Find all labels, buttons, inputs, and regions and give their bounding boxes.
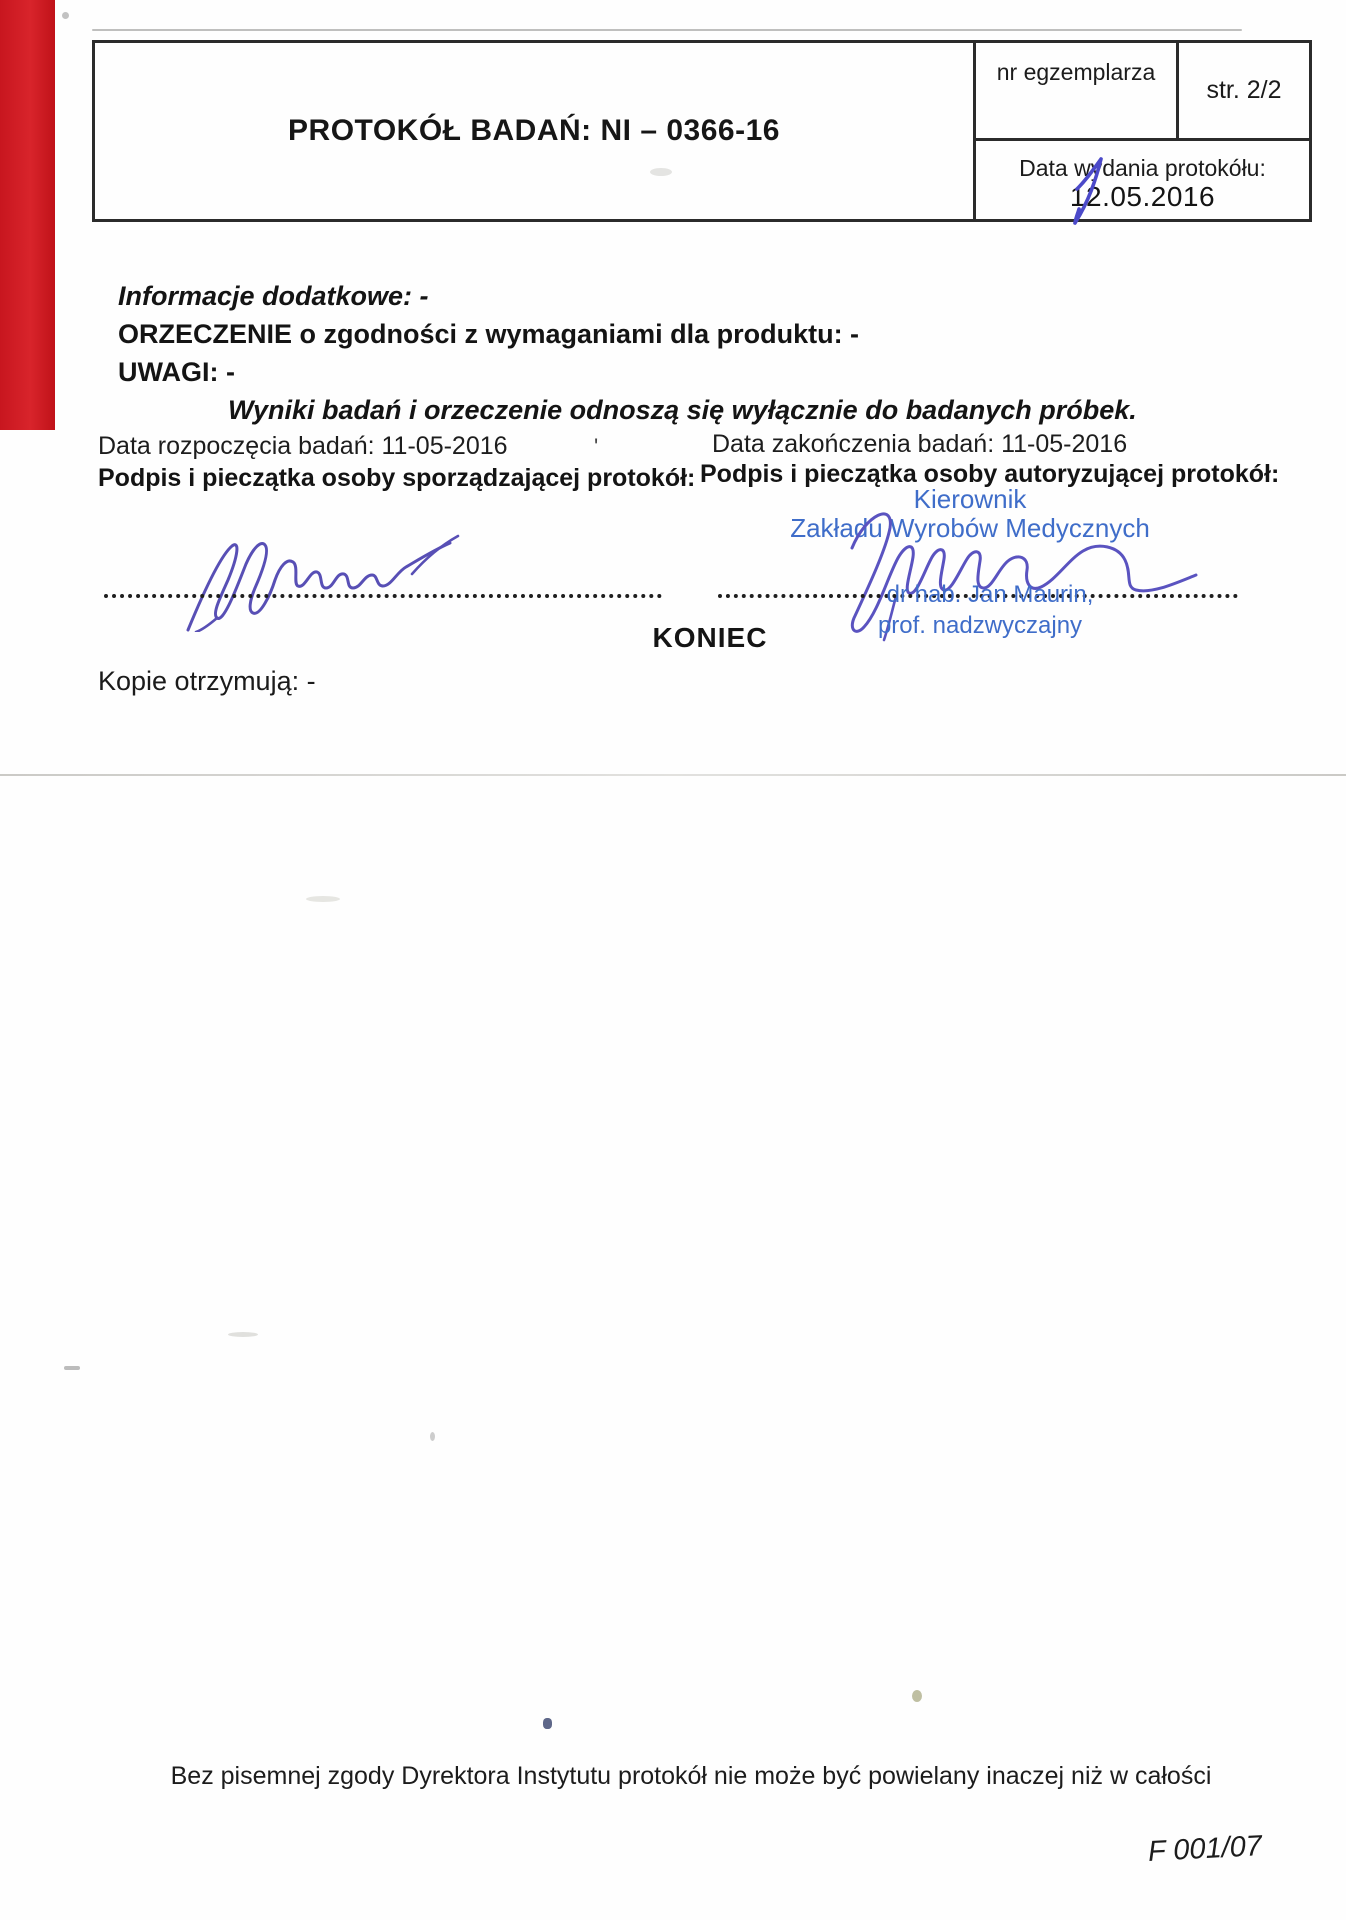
authorizer-title: prof. nadzwyczajny xyxy=(820,612,1140,640)
verdict-line: ORZECZENIE o zgodności z wymaganiami dla… xyxy=(118,319,859,350)
paper-fold-line xyxy=(0,774,1346,776)
end-marker: KONIEC xyxy=(610,622,810,654)
handwritten-copy-number xyxy=(1043,151,1133,231)
scan-speck xyxy=(912,1690,922,1702)
scan-speck xyxy=(430,1432,435,1441)
preparer-dotted-line xyxy=(104,590,662,598)
scan-speck xyxy=(62,12,69,19)
page-number-label: str. 2/2 xyxy=(1206,76,1281,105)
authorizer-name: dr hab. Jan Maurin, xyxy=(830,581,1150,609)
scan-artifact-line xyxy=(92,29,1242,31)
header-table: PROTOKÓŁ BADAŃ: NI – 0366-16 nr egzempla… xyxy=(92,40,1312,222)
disclaimer-line: Wyniki badań i orzeczenie odnoszą się wy… xyxy=(228,395,1137,426)
scan-speck xyxy=(228,1332,258,1337)
scanned-document-page: PROTOKÓŁ BADAŃ: NI – 0366-16 nr egzempla… xyxy=(0,0,1346,1920)
scan-tick-mark: ' xyxy=(594,434,598,460)
scan-speck xyxy=(306,896,340,902)
copy-number-label: nr egzemplarza xyxy=(997,59,1156,85)
title-cell: PROTOKÓŁ BADAŃ: NI – 0366-16 xyxy=(95,43,973,219)
copies-line: Kopie otrzymują: - xyxy=(98,666,316,697)
footer-copy-restriction-note: Bez pisemnej zgody Dyrektora Instytutu p… xyxy=(36,1762,1346,1791)
scan-speck xyxy=(64,1366,80,1370)
copy-number-cell: nr egzemplarza xyxy=(976,43,1176,138)
preparer-signature-label: Podpis i pieczątka osoby sporządzającej … xyxy=(98,464,695,493)
end-date: Data zakończenia badań: 11-05-2016 xyxy=(712,430,1127,459)
issue-date-value: 12.05.2016 xyxy=(976,181,1309,213)
form-number: F 001/07 xyxy=(1147,1830,1263,1869)
issue-date-label: Data wydania protokółu: xyxy=(976,155,1309,181)
issue-date-cell: Data wydania protokółu: 12.05.2016 xyxy=(976,141,1309,219)
page-number-cell: str. 2/2 xyxy=(1179,43,1309,138)
scan-speck xyxy=(650,168,672,176)
remarks-line: UWAGI: - xyxy=(118,357,235,388)
start-date: Data rozpoczęcia badań: 11-05-2016 xyxy=(98,432,508,461)
scan-speck xyxy=(543,1718,552,1729)
additional-info-line: Informacje dodatkowe: - xyxy=(118,281,429,312)
red-scan-edge xyxy=(0,0,55,430)
document-title: PROTOKÓŁ BADAŃ: NI – 0366-16 xyxy=(288,114,780,148)
preparer-signature-ink xyxy=(150,512,480,632)
